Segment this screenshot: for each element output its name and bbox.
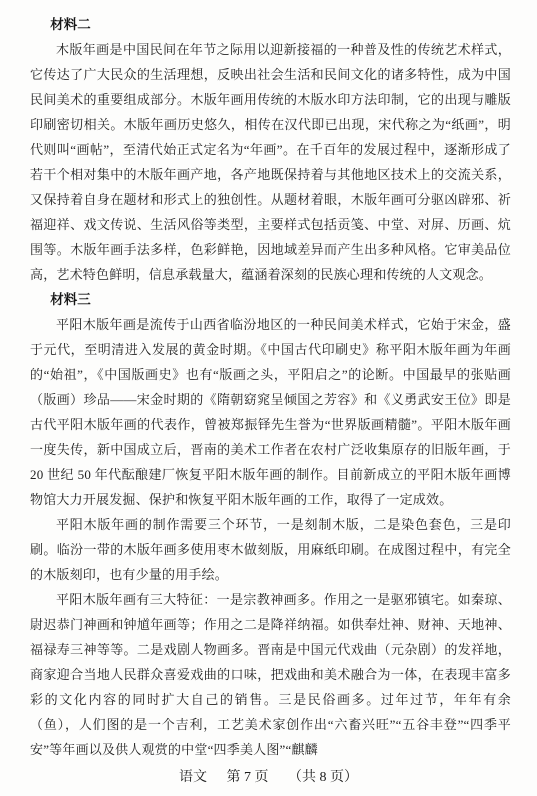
footer-subject: 语文 — [179, 766, 207, 786]
material-2-heading: 材料二 — [30, 12, 511, 37]
footer-page-total: （共 8 页） — [288, 766, 358, 786]
page-content: 材料二 木版年画是中国民间在年节之际用以迎新接福的一种普及性的传统艺术样式，它传… — [30, 12, 511, 762]
material-3-paragraph-1: 平阳木版年画是流传于山西省临汾地区的一种民间美术样式，它始于宋金，盛于元代，至明… — [30, 312, 511, 512]
section-material-3: 材料三 平阳木版年画是流传于山西省临汾地区的一种民间美术样式，它始于宋金，盛于元… — [30, 287, 511, 762]
material-2-paragraph: 木版年画是中国民间在年节之际用以迎新接福的一种普及性的传统艺术样式，它传达了广大… — [30, 37, 511, 287]
section-material-2: 材料二 木版年画是中国民间在年节之际用以迎新接福的一种普及性的传统艺术样式，它传… — [30, 12, 511, 287]
page-footer: 语文 第 7 页 （共 8 页） — [0, 766, 537, 786]
exam-page: 材料二 木版年画是中国民间在年节之际用以迎新接福的一种普及性的传统艺术样式，它传… — [0, 0, 537, 796]
material-3-paragraph-3: 平阳木版年画有三大特征：一是宗教神画多。作用之一是驱邪镇宅。如秦琼、尉迟恭门神画… — [30, 587, 511, 762]
material-3-heading: 材料三 — [30, 287, 511, 312]
footer-page-number: 第 7 页 — [227, 766, 269, 786]
material-3-paragraph-2: 平阳木版年画的制作需要三个环节，一是刻制木版，二是染色套色，三是印刷。临汾一带的… — [30, 512, 511, 587]
